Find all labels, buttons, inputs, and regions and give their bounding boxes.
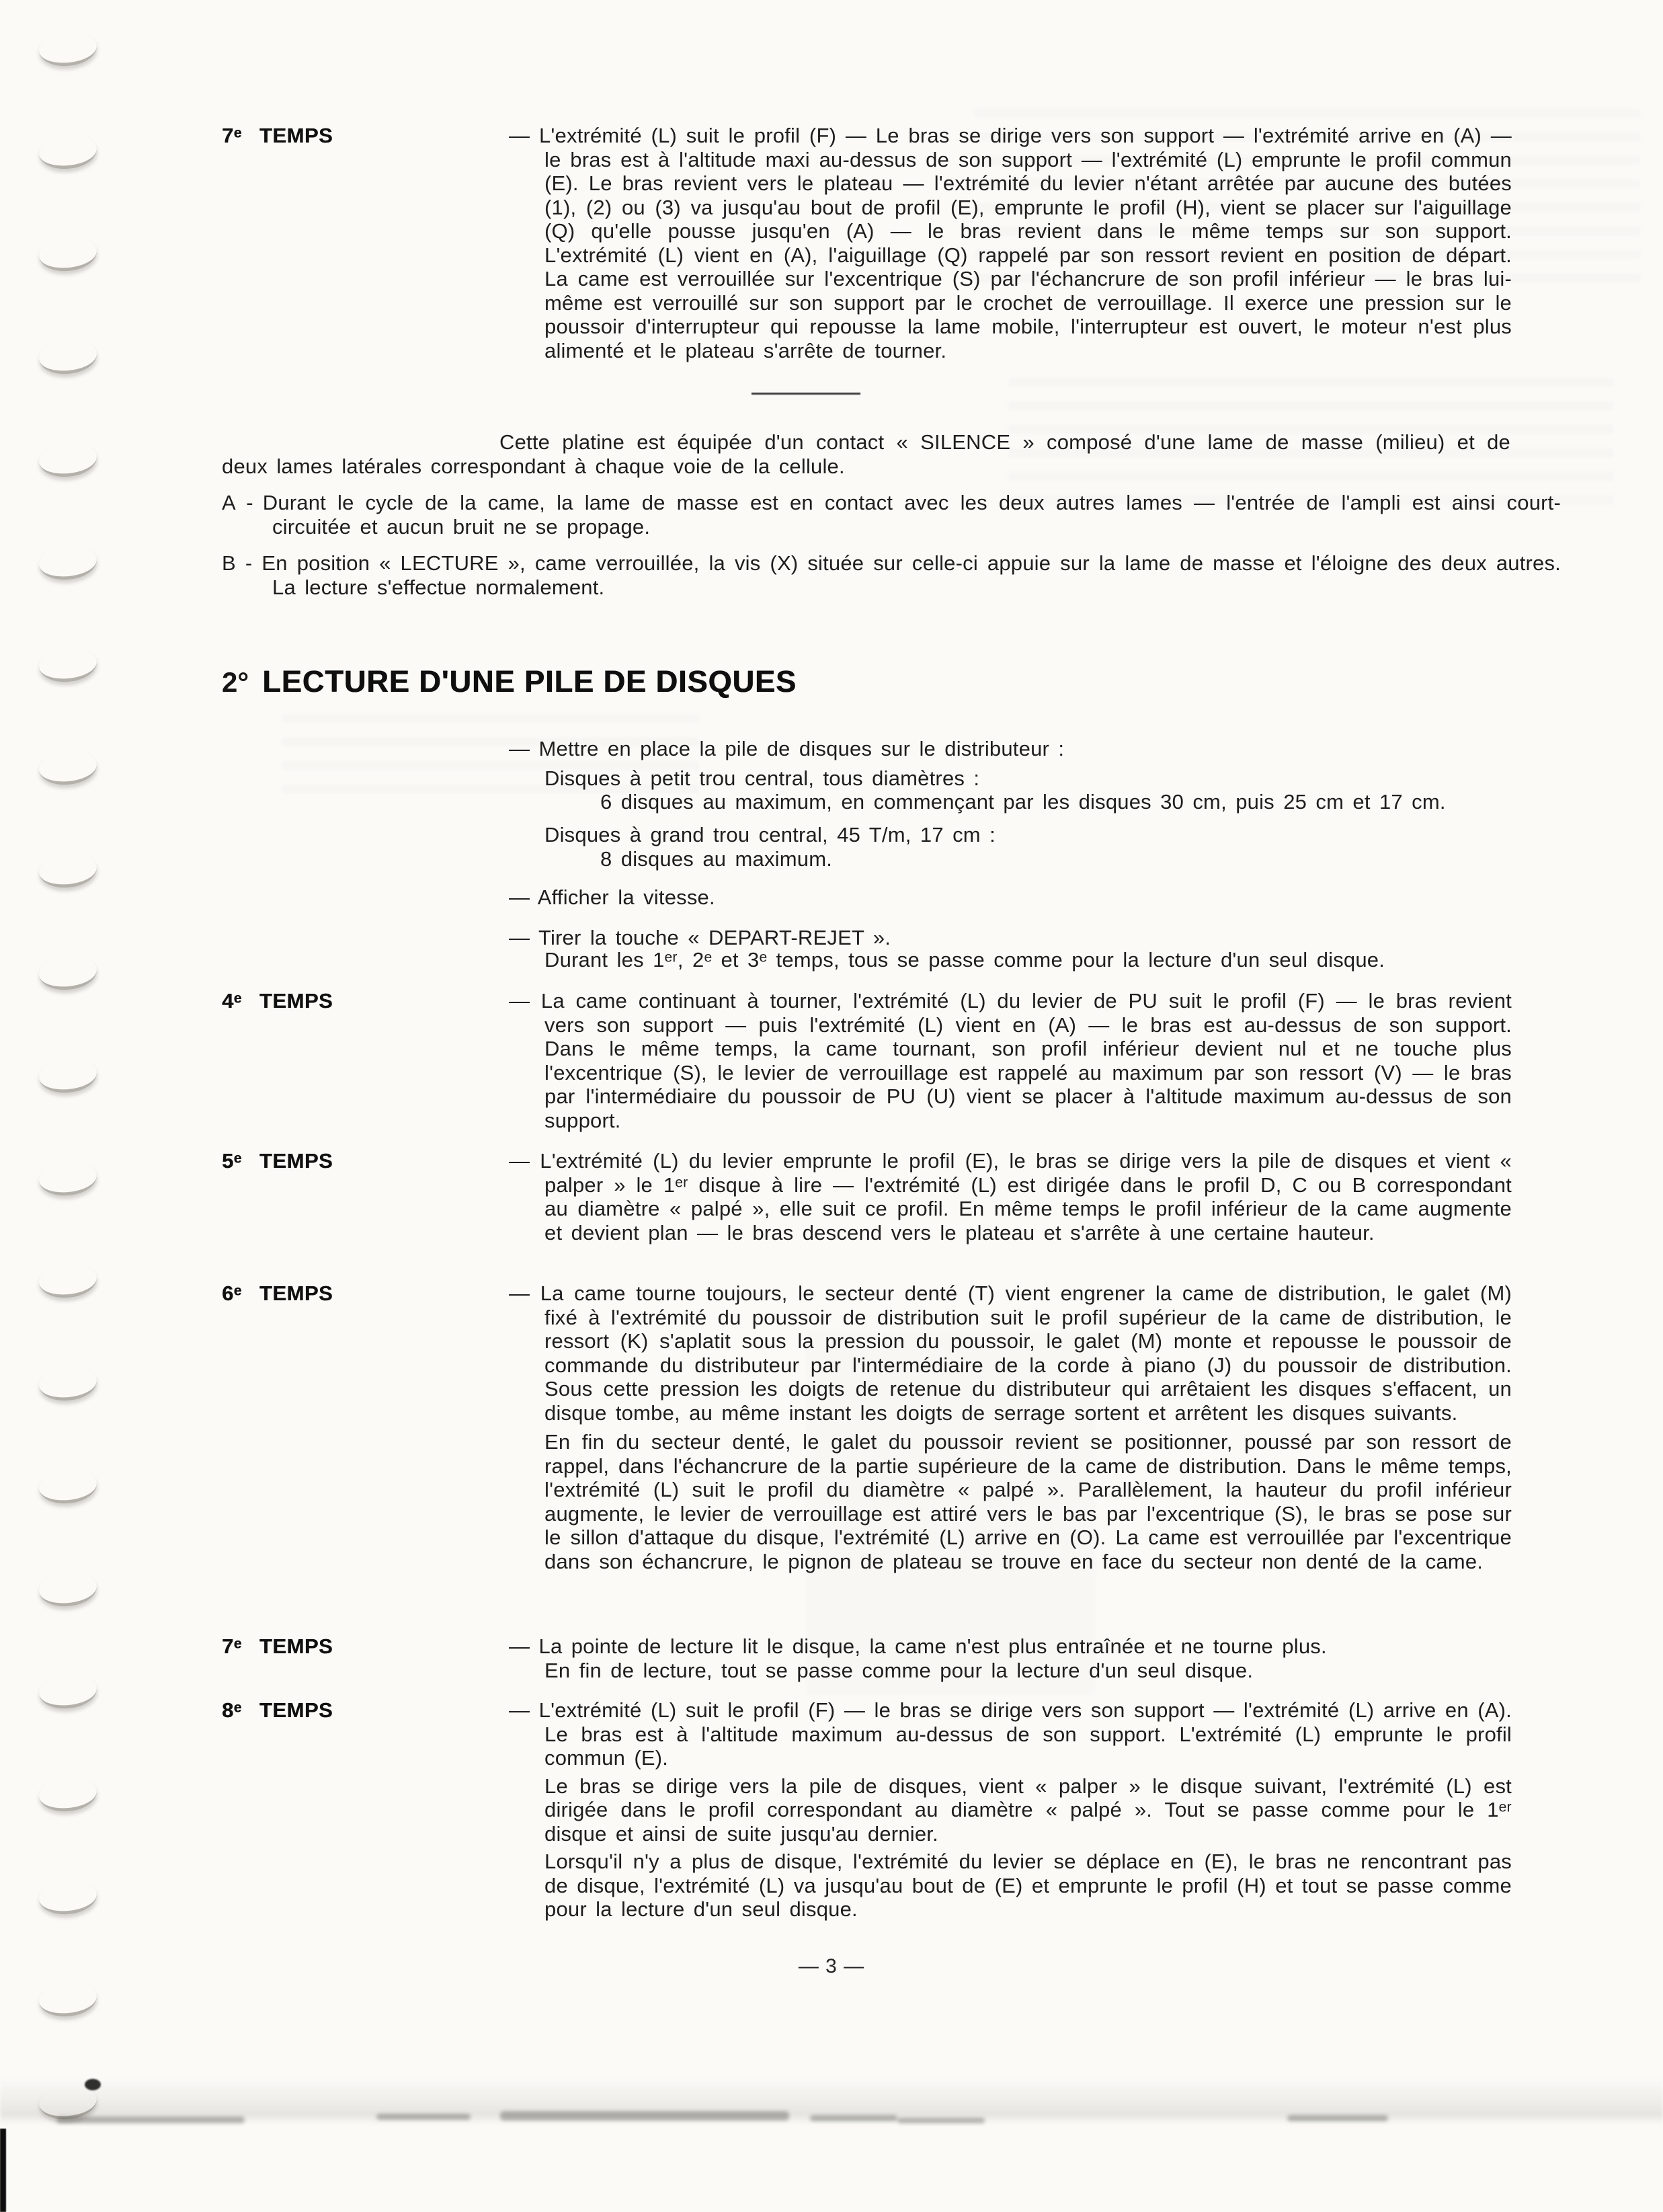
paragraph: En fin de lecture, tout se passe comme p… [509, 1659, 1512, 1683]
step-label: 8ᵉTEMPS [222, 1698, 333, 1723]
sub-small-hole-detail: 6 disques au maximum, en commençant par … [600, 790, 1510, 814]
scan-smudge [810, 2115, 897, 2121]
heading-title: LECTURE D'UNE PILE DE DISQUES [262, 664, 797, 699]
step-text: — L'extrémité (L) suit le profil (F) — L… [509, 124, 1512, 362]
step-label: 6ᵉTEMPS [222, 1281, 333, 1306]
scan-edge-artifact [0, 2129, 6, 2212]
item-b-text: En position « LECTURE », came verrouillé… [261, 551, 1561, 599]
bullet-pull-start-reject: — Tirer la touche « DEPART-REJET ». [509, 926, 1547, 950]
list-item-a: A -Durant le cycle de la came, la lame d… [222, 491, 1561, 539]
step-text: — La came tourne toujours, le secteur de… [509, 1281, 1512, 1573]
item-a-prefix: A - [222, 491, 253, 514]
sub-small-hole: Disques à petit trou central, tous diamè… [544, 766, 1510, 791]
scan-dot-artifact [85, 2079, 101, 2090]
item-b-prefix: B - [222, 551, 252, 575]
bullet-set-speed: — Afficher la vitesse. [509, 885, 1547, 910]
step-text: — La came continuant à tourner, l'extrém… [509, 989, 1512, 1132]
step-number: 5ᵉ [222, 1149, 242, 1173]
step-label: 4ᵉTEMPS [222, 989, 333, 1013]
paragraph: En fin du secteur denté, le galet du pou… [509, 1430, 1512, 1573]
step-word: TEMPS [259, 1149, 333, 1173]
step-number: 7ᵉ [222, 124, 242, 147]
scan-smudge [376, 2114, 471, 2120]
paragraph: Lorsqu'il n'y a plus de disque, l'extrém… [509, 1850, 1512, 1922]
page-number: — 3 — [0, 1955, 1663, 1978]
scan-smudge [500, 2111, 789, 2121]
scan-smudge [56, 2117, 245, 2123]
step-word: TEMPS [259, 124, 333, 147]
step-label: 7ᵉTEMPS [222, 1634, 333, 1659]
step-text: — L'extrémité (L) du levier emprunte le … [509, 1149, 1512, 1245]
paragraph: — La pointe de lecture lit le disque, la… [509, 1634, 1512, 1659]
paragraph: — La came tourne toujours, le secteur de… [509, 1281, 1512, 1425]
step-word: TEMPS [259, 1281, 333, 1305]
step-number: 4ᵉ [222, 989, 242, 1013]
silence-paragraph: Cette platine est équipée d'un contact «… [222, 430, 1510, 478]
step-number: 7ᵉ [222, 1634, 242, 1658]
paragraph: — L'extrémité (L) suit le profil (F) — l… [509, 1698, 1512, 1770]
sub-large-hole-detail: 8 disques au maximum. [600, 847, 1510, 871]
step-label: 5ᵉTEMPS [222, 1149, 333, 1173]
section-heading: 2°LECTURE D'UNE PILE DE DISQUES [222, 664, 797, 699]
scan-smudge [897, 2118, 985, 2123]
step-word: TEMPS [259, 1698, 333, 1722]
step-text: — L'extrémité (L) suit le profil (F) — l… [509, 1698, 1512, 1922]
paragraph: — L'extrémité (L) suit le profil (F) — L… [509, 124, 1512, 362]
step-text: — La pointe de lecture lit le disque, la… [509, 1634, 1512, 1682]
heading-number: 2° [222, 666, 249, 698]
paragraph: — L'extrémité (L) du levier emprunte le … [509, 1149, 1512, 1245]
bullet-place-stack: — Mettre en place la pile de disques sur… [509, 737, 1547, 761]
scan-smudge [1287, 2115, 1388, 2121]
step-number: 6ᵉ [222, 1281, 242, 1305]
document-page: 7ᵉTEMPS — L'extrémité (L) suit le profil… [0, 0, 1663, 2212]
paragraph: — La came continuant à tourner, l'extrém… [509, 989, 1512, 1132]
separator-rule [752, 393, 860, 395]
paragraph: Le bras se dirige vers la pile de disque… [509, 1774, 1512, 1846]
step-word: TEMPS [259, 1634, 333, 1658]
step-word: TEMPS [259, 989, 333, 1013]
step-label: 7ᵉTEMPS [222, 124, 333, 148]
bullet-pull-start-reject-cont: Durant les 1ᵉʳ, 2ᵉ et 3ᵉ temps, tous se … [544, 948, 1510, 972]
sub-large-hole: Disques à grand trou central, 45 T/m, 17… [544, 823, 1510, 847]
step-number: 8ᵉ [222, 1698, 242, 1722]
item-a-text: Durant le cycle de la came, la lame de m… [263, 491, 1561, 539]
list-item-b: B -En position « LECTURE », came verroui… [222, 551, 1561, 599]
